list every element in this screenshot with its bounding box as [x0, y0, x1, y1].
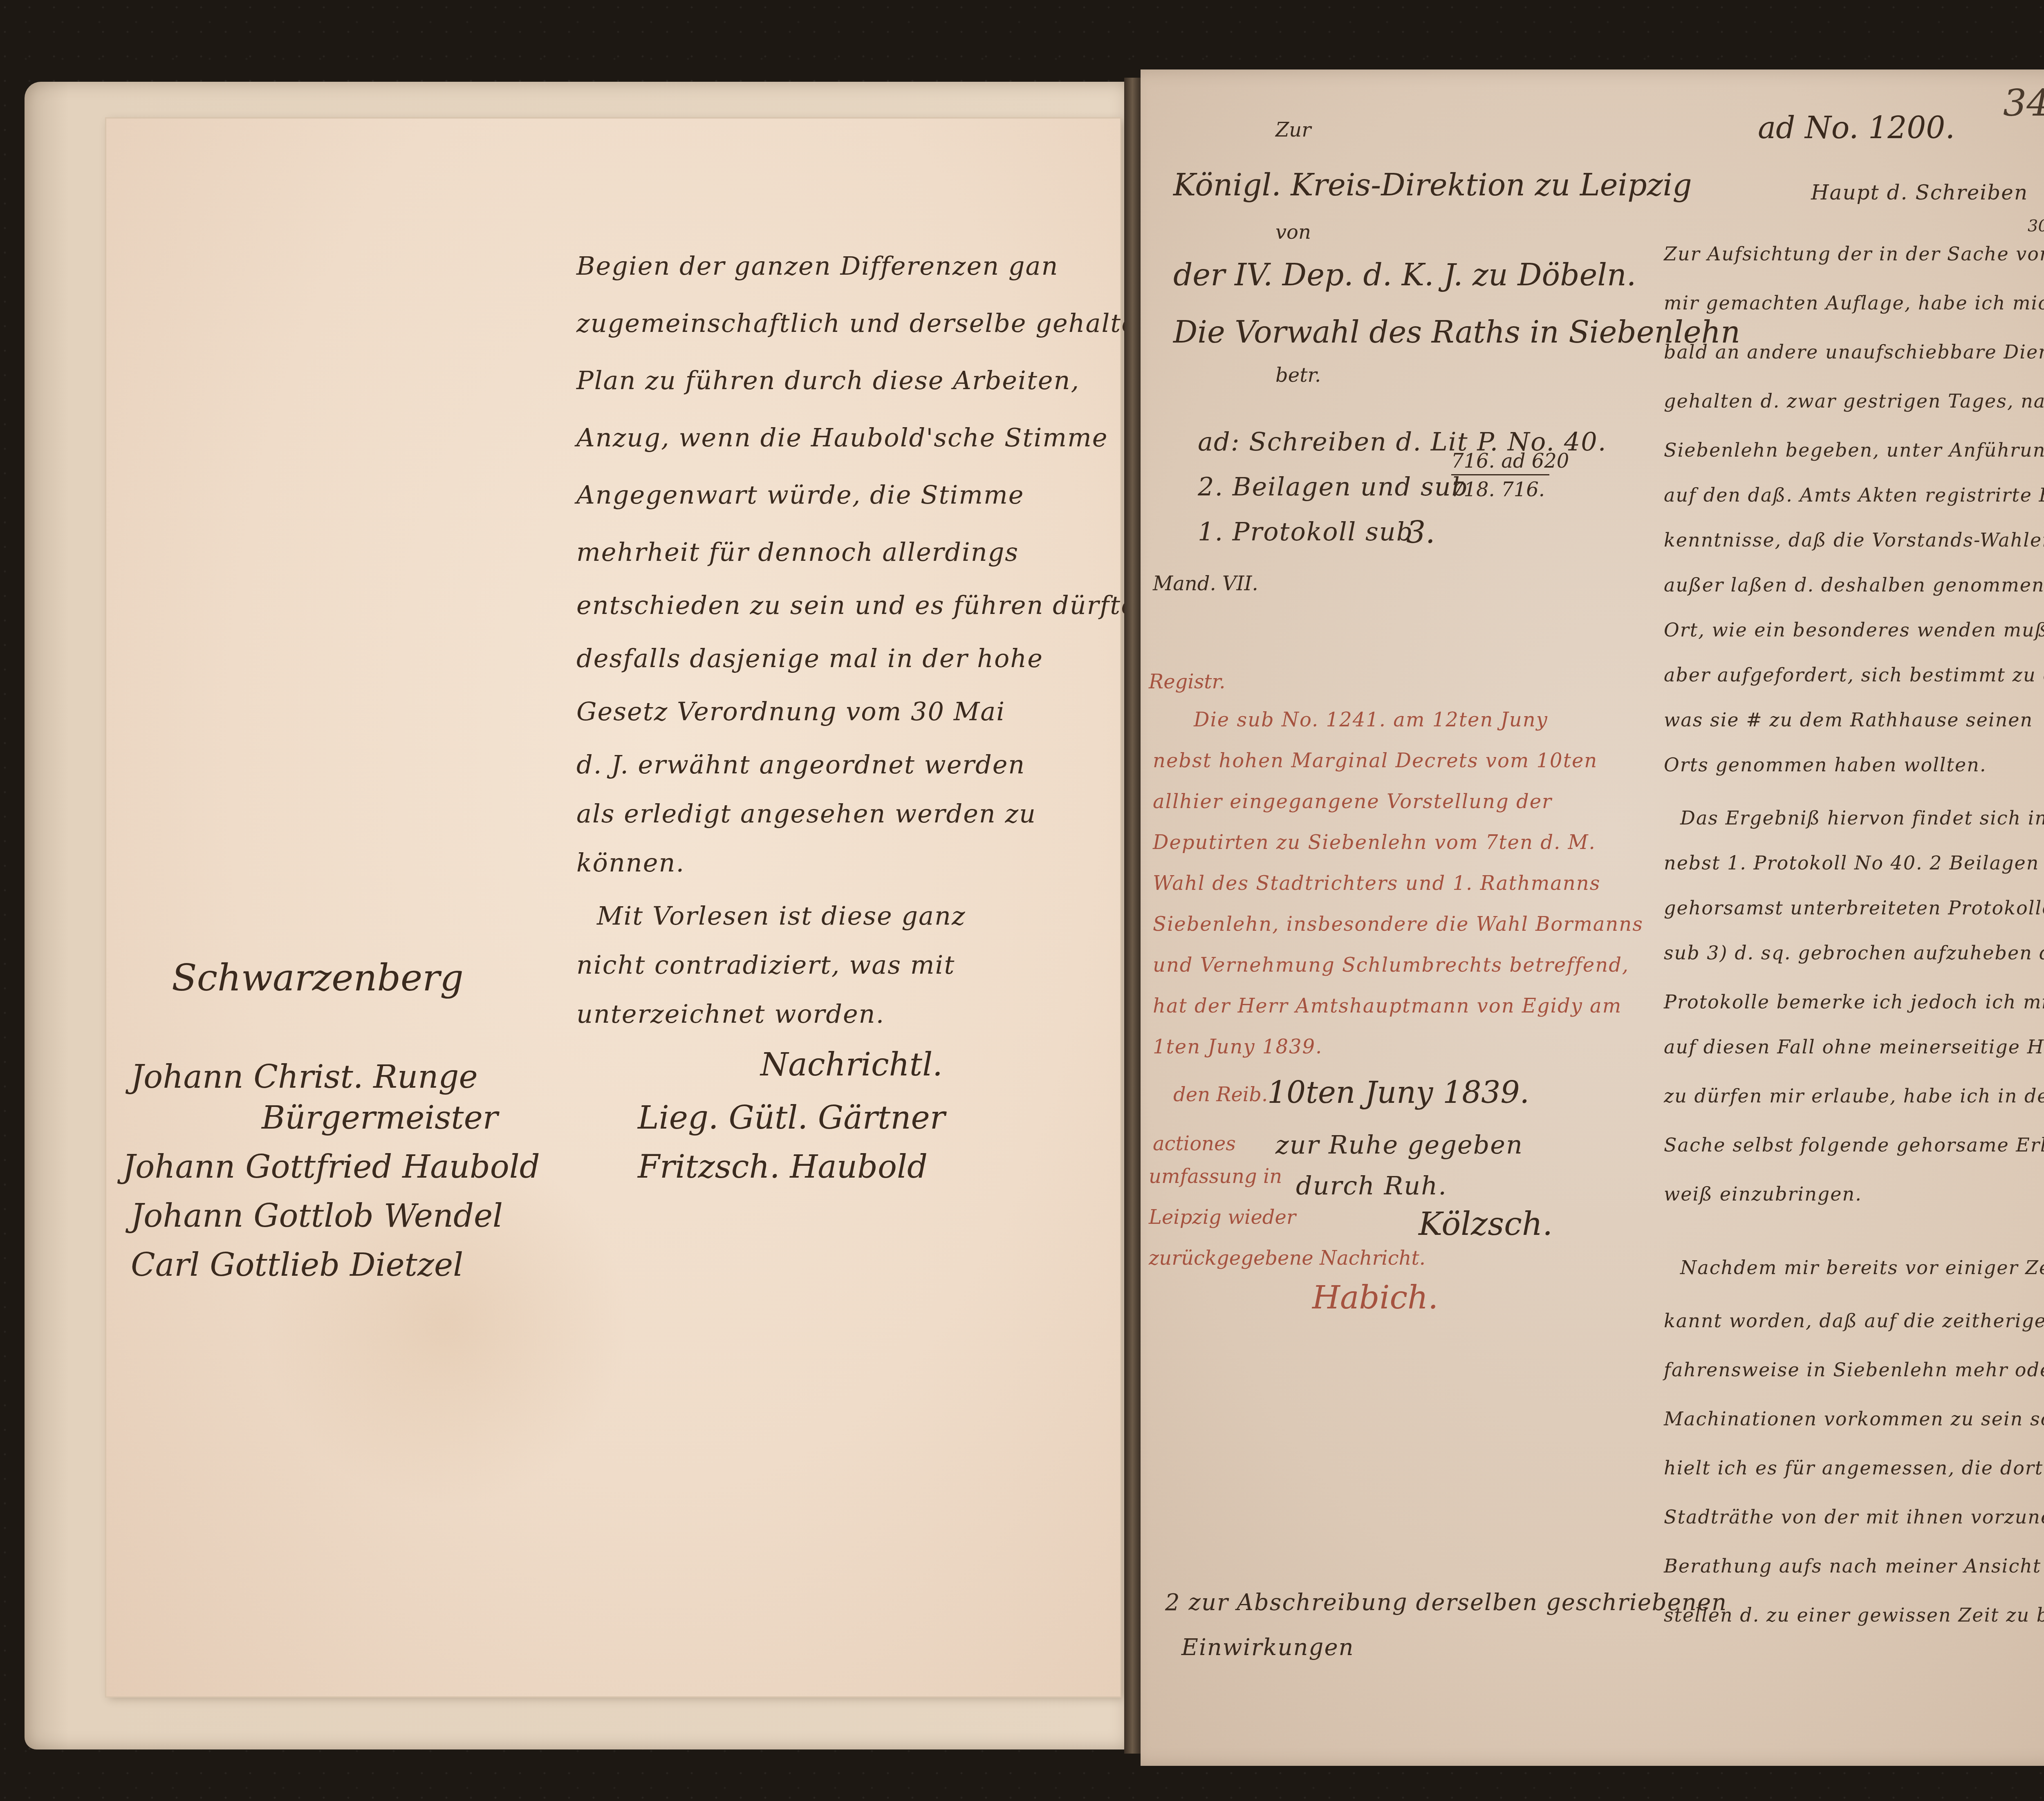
column-line: gehalten d. zwar gestrigen Tages, nach	[1664, 388, 2044, 414]
red-note: actiones	[1153, 1132, 1236, 1155]
red-note: Leipzig wieder	[1149, 1206, 1296, 1229]
signature: Johann Christ. Runge	[131, 1059, 478, 1095]
signature: Kölzsch.	[1419, 1206, 1553, 1243]
right-page: 34. ad No. 1200. Zur Königl. Kreis-Direk…	[1141, 69, 2044, 1766]
enclosure-line: 1. Protokoll sub	[1198, 519, 1414, 544]
text-line: als erledigt angesehen werden zu	[576, 801, 1036, 827]
enclosure-ref-bottom: 718. 716.	[1451, 478, 1545, 501]
signature: Bürgermeister	[262, 1100, 498, 1136]
text-line: d. J. erwähnt angeordnet werden	[576, 752, 1025, 777]
marginal-note: Mand. VII.	[1153, 572, 1258, 595]
column-line: zu dürfen mir erlaube, habe ich in der	[1664, 1083, 2044, 1109]
red-line: Siebenlehn, insbesondere die Wahl Borman…	[1153, 912, 1643, 937]
text-line: Angegenwart würde, die Stimme	[576, 482, 1024, 508]
column-line: bald an andere unaufschiebbare Dienstges…	[1664, 339, 2044, 365]
fraction-rule	[1451, 474, 1549, 475]
text-line: Anzug, wenn die Haubold'sche Stimme	[576, 425, 1108, 450]
text-line: mehrheit für dennoch allerdings	[576, 540, 1019, 565]
official-signature: Fritzsch. Haubold	[638, 1149, 928, 1185]
column-line: Nachdem mir bereits vor einiger Zeit be-	[1680, 1255, 2044, 1280]
official-signature: Lieg. Gütl. Gärtner	[638, 1100, 945, 1136]
column-line: was sie # zu dem Rathhause seinen	[1664, 707, 2033, 732]
column-line: Siebenlehn begeben, unter Anführung und	[1664, 437, 2044, 463]
column-line: Ort, wie ein besonderes wenden mußte	[1664, 617, 2044, 643]
address-line: der IV. Dep. d. K. J. zu Döbeln.	[1173, 258, 1636, 293]
bottom-note: Einwirkungen	[1181, 1635, 1354, 1660]
signature: Johann Gottfried Haubold	[123, 1149, 540, 1185]
black-note: zur Ruhe gegeben	[1275, 1132, 1523, 1158]
column-line: kenntnisse, daß die Vorstands-Wahlen zug…	[1664, 527, 2044, 553]
superscript-ref: 30. n.	[2028, 217, 2044, 235]
column-line: sub 3) d. sq. gebrochen aufzuheben den	[1664, 940, 2044, 965]
bound-volume: Begien der ganzen Differenzen gan zugeme…	[25, 69, 2044, 1778]
column-line: mir gemachten Auflage, habe ich mich	[1664, 290, 2044, 316]
red-line: 1ten Juny 1839.	[1153, 1034, 1322, 1060]
subject-line: Die Vorwahl des Raths in Siebenlehn	[1173, 315, 1740, 350]
book-spine	[1124, 78, 1141, 1754]
column-line: weiß einzubringen.	[1664, 1181, 1862, 1207]
red-line: allhier eingegangene Vorstellung der	[1153, 789, 1552, 814]
column-line: Orts genommen haben wollten.	[1664, 752, 1987, 777]
text-line: zugemeinschaftlich und derselbe gehalten…	[576, 311, 1188, 336]
column-line: Zur Aufsichtung der in der Sache vom 2. …	[1664, 241, 2044, 267]
column-line: Das Ergebniß hiervon findet sich in dem	[1680, 805, 2044, 831]
column-line: auf den daß. Amts Akten registrirte Fas-	[1664, 482, 2044, 508]
column-line: auf diesen Fall ohne meinerseitige Hinwe…	[1664, 1034, 2044, 1060]
column-line: hielt ich es für angemessen, die dortige…	[1664, 1455, 2044, 1481]
column-line: kannt worden, daß auf die zeitherige Ver…	[1664, 1308, 2044, 1333]
red-note: zurückgegebene Nachricht.	[1149, 1247, 1425, 1270]
text-line: unterzeichnet worden.	[576, 1001, 885, 1027]
signature: Schwarzenberg	[172, 957, 464, 999]
text-line: Mit Vorlesen ist diese ganz	[597, 903, 966, 929]
column-line: gehorsamst unterbreiteten Protokolle	[1664, 895, 2044, 921]
enclosure-line: 2. Beilagen und sub	[1198, 474, 1468, 500]
signature: Habich.	[1312, 1279, 1438, 1316]
reference-number: ad No. 1200.	[1758, 110, 1955, 146]
red-line: Die sub No. 1241. am 12ten Juny	[1194, 707, 1548, 732]
red-line: Wahl des Stadtrichters und 1. Rathmanns	[1153, 871, 1600, 896]
red-note: umfassung in	[1149, 1165, 1282, 1188]
column-line: Berathung aufs nach meiner Ansicht zu	[1664, 1553, 2044, 1579]
water-stain	[262, 1140, 630, 1508]
text-line: Plan zu führen durch diese Arbeiten,	[576, 368, 1080, 393]
bottom-note: 2 zur Abschreibung derselben geschrieben…	[1165, 1590, 1727, 1615]
enclosure-mark: 3.	[1406, 515, 1435, 550]
column-line: aber aufgefordert, sich bestimmt zu erkl…	[1664, 662, 2044, 688]
address-line: Königl. Kreis-Direktion zu Leipzig	[1173, 168, 1692, 203]
text-line: Begien der ganzen Differenzen gan	[576, 253, 1058, 279]
red-line: nebst hohen Marginal Decrets vom 10ten	[1153, 748, 1598, 773]
column-line: stellen d. zu einer gewissen Zeit zu bes…	[1664, 1602, 2044, 1628]
column-line: Sache selbst folgende gehorsame Erläuter…	[1664, 1132, 2044, 1158]
red-line: Deputirten zu Siebenlehn vom 7ten d. M.	[1153, 830, 1596, 855]
column-line: fahrensweise in Siebenlehn mehr oder wen…	[1664, 1357, 2044, 1382]
text-line: entschieden zu sein und es führen dürfte	[576, 593, 1137, 618]
column-line: nebst 1. Protokoll No 40. 2 Beilagen gem…	[1664, 850, 2044, 876]
subject-suffix: betr.	[1275, 364, 1321, 387]
signature: Johann Gottlob Wendel	[131, 1198, 503, 1234]
text-line: Gesetz Verordnung vom 30 Mai	[576, 699, 1005, 724]
red-line: hat der Herr Amtshauptmann von Egidy am	[1153, 993, 1622, 1019]
black-note: durch Ruh.	[1296, 1173, 1447, 1198]
text-line: können.	[576, 850, 685, 876]
signature: Carl Gottlieb Dietzel	[131, 1247, 463, 1284]
folio-number: 34.	[2003, 82, 2044, 125]
address-line: von	[1275, 221, 1311, 244]
address-line: Zur	[1275, 119, 1311, 141]
red-line: und Vernehmung Schlumbrechts betreffend,	[1153, 952, 1629, 978]
left-page: Begien der ganzen Differenzen gan zugeme…	[106, 119, 1120, 1696]
column-line: Stadträthe von der mit ihnen vorzunehmen…	[1664, 1504, 2044, 1530]
column-line: außer laßen d. deshalben genommene an	[1664, 572, 2044, 598]
date-prefix: den Reib.	[1173, 1083, 1268, 1106]
closing-nachrichtl: Nachrichtl.	[760, 1046, 943, 1083]
column-line: Protokolle bemerke ich jedoch ich mich	[1664, 989, 2044, 1015]
registry-prefix: Registr.	[1149, 670, 1225, 693]
column-line: Machinationen vorkommen zu sein scheinen…	[1664, 1406, 2044, 1431]
column-heading: Haupt d. Schreiben	[1811, 180, 2028, 205]
text-line: desfalls dasjenige mal in der hohe	[576, 646, 1043, 671]
date-line: 10ten Juny 1839.	[1267, 1075, 1529, 1110]
enclosure-ref-top: 716. ad 620	[1451, 450, 1569, 473]
text-line: nicht contradiziert, was mit	[576, 952, 955, 978]
